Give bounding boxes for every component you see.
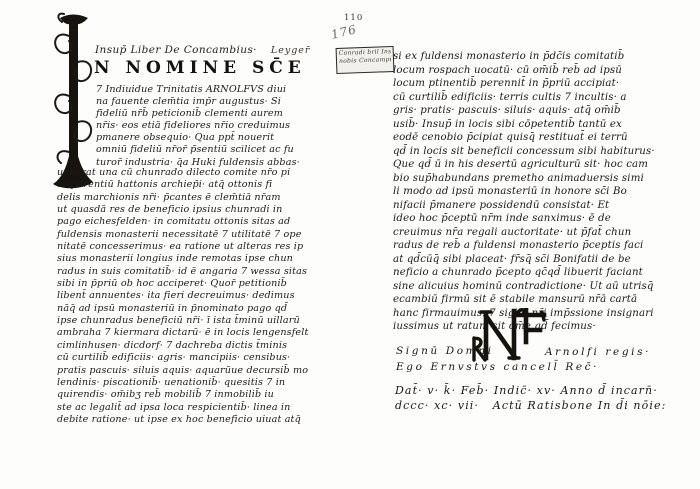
manuscript-line: sius monasterii longius inde remotas ips… [57,253,351,265]
manuscript-line: sibi in p̄priū ob hoc acciperet· Quor̄ p… [57,278,351,290]
manuscript-line: omniū fideliū nr̄or̄ p̄sentiū scilicet a… [96,144,348,156]
manuscript-line: fideliū nr̄b̄ peticionib̄ clementi aurem [96,108,348,120]
manuscript-scan: Insup̄ Liber De Concambius·Leyger̄ N NOM… [0,0,700,489]
manuscript-line: na fauente clem̄tia imp̄r augustus· Si [96,96,348,108]
date-line-2: dccc· xc· vii· Actū Ratisbone In d̄i nōi… [395,399,666,412]
manuscript-line: delis marchionis nr̄i· p̄cantes ē clem̄t… [57,192,351,204]
manuscript-line: cū curtilib̄ edificiis· terris cultis 7 … [393,91,675,105]
manuscript-line: quirendis· om̄ibʒ reb̄ mobilib̄ 7 inmobi… [57,389,351,401]
illuminated-initial-i [50,10,96,192]
manuscript-line: debite ratione· ut ipse ex hoc beneficio… [57,414,351,426]
heading-text: Insup̄ Liber De Concambius· [95,44,257,56]
manuscript-line: cū curtilib̄ edificiis· agris· mancipiis… [57,352,351,364]
manuscript-line: nifacii p̄manere possidendū consistat· E… [393,199,675,213]
left-page-display-line: N NOMINE SC̄E [94,58,306,78]
manuscript-line: locum rospach uocatū· cū om̄ib̄ reb̄ ad … [393,64,675,78]
manuscript-line: bio sup̄habundans premetho animaduersis … [393,172,675,186]
right-page-body: si ex fuldensi monasterio in p̄dc̄is com… [393,50,675,334]
manuscript-line: ste ac legalit̄ ad ipsa loca respicienti… [57,402,351,414]
manuscript-line: Que qd̄ ū in his desertū agriculturū sit… [393,158,675,172]
manuscript-line: eodē cenobio p̄cipiat quisq̄ restituat̄ … [393,131,675,145]
manuscript-line: sine alicuius hominū contradictione· Ut … [393,280,675,294]
left-page-body-full: uenerat una cū chunrado dilecto comite n… [57,167,351,426]
signature-line-right: Arnolfi regis· [545,346,651,358]
manuscript-line: neficio a chunrado p̄cepto qc̄qd̄ libuer… [393,266,675,280]
date-line-1: Dat̄· v· k̄· Feb̄· Indic̄· xv· Anno d̄ i… [395,384,658,397]
folio-mark-script: 176 [330,22,359,42]
manuscript-line: requirentiū hattonis archiep̄i· atq̄ ott… [57,179,351,191]
initial-i-ornament-icon [50,10,96,192]
manuscript-line: libent̄ annuentes· ita fieri decreuimus·… [57,290,351,302]
manuscript-line: cimlinhusen· dicdorf· 7 dachreba dictis … [57,340,351,352]
archive-label-line2: nobis Concampia [339,56,391,66]
signature-line-left: Signū Domni [396,345,494,357]
manuscript-line: uenerat una cū chunrado dilecto comite n… [57,167,351,179]
manuscript-line: gris· pratis· pascuis· siluis· aquis· at… [393,104,675,118]
manuscript-line: si ex fuldensi monasterio in p̄dc̄is com… [393,50,675,64]
manuscript-line: radus de reb̄ a fuldensi monasterio p̄ce… [393,239,675,253]
manuscript-line: li modo ad ipsū monasteriū in honore sc̄… [393,185,675,199]
chancellor-line: Ego Ernvstvs cancell̄ Rec̄· [396,361,599,373]
manuscript-line: pmanere obsequio· Qua ppt̄ nouerit [96,132,348,144]
left-page-heading: Insup̄ Liber De Concambius·Leyger̄ [95,44,345,56]
manuscript-line: pago eichesfelden· in comitatu ottonis s… [57,216,351,228]
manuscript-line: ipse chunradus beneficiū nr̄i· ī ista t̄… [57,315,351,327]
manuscript-line: nitatē concesserimus· ea ratione ut alte… [57,241,351,253]
manuscript-line: locum ptinentib̄ perennit̄ in p̄priū acc… [393,77,675,91]
manuscript-line: qd̄ in locis sit beneficii concessum sib… [393,145,675,159]
archive-label: Conradi bril Insigel nobis Concampia [336,46,395,74]
manuscript-line: radus in suis comitatib̄· id ē angaria 7… [57,266,351,278]
manuscript-line: ambraha 7 kiermara dictarū· ē in locis l… [57,327,351,339]
manuscript-line: nr̄is· eos etiā fideliores nr̄io creduim… [96,120,348,132]
manuscript-line: ecambiū firmū sit ē stabile mansurū nr̄ā… [393,293,675,307]
manuscript-line: ut quasdā res de beneficio ipsius chunra… [57,204,351,216]
manuscript-line: ideo hoc p̄ceptū nr̄m inde sanximus· ē d… [393,212,675,226]
manuscript-line: fuldensis monasterii necessitatē 7 utili… [57,229,351,241]
manuscript-line: 7 Indiuidue Trinitatis ARNOLFVS diui [96,84,348,96]
manuscript-line: lendinis· piscationib̄· uenationib̄· que… [57,377,351,389]
heading-flourish: Leyger̄ [271,45,311,56]
manuscript-line: creuimus nr̄a regali auctoritate· ut p̄f… [393,226,675,240]
manuscript-line: nāq̄ ad ipsū monasteriū in p̄nominato pa… [57,303,351,315]
manuscript-line: pratis pascuis· siluis aquis· aquarūue d… [57,365,351,377]
left-page-body-indented: 7 Indiuidue Trinitatis ARNOLFVS diuina f… [96,84,348,169]
manuscript-line: usib̄· Insup̄ in locis sibi cōpetentib̄ … [393,118,675,132]
manuscript-line: at qd̄cūq̄ sibi placeat· fr̄sq̄ sc̄i Bon… [393,253,675,267]
